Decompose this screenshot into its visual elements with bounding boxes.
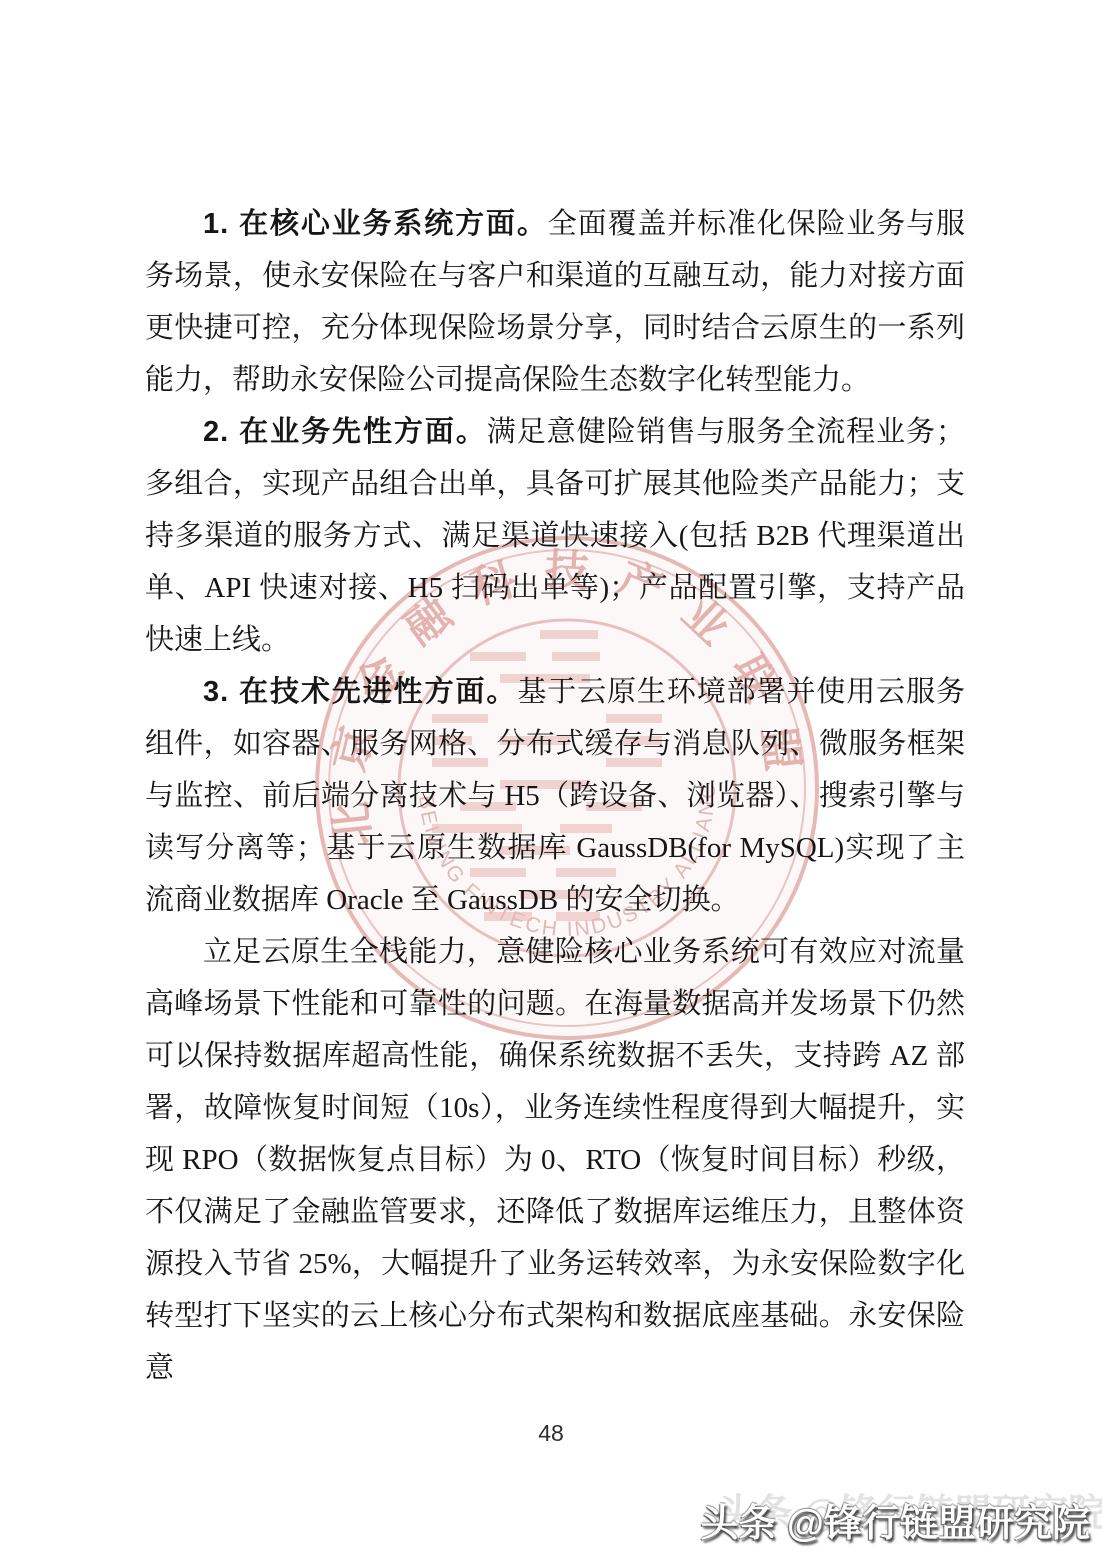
paragraph-lead: 2. 在业务先性方面。 bbox=[203, 416, 487, 448]
paragraph-body: 基于云原生环境部署并使用云服务组件，如容器、服务网格、分布式缓存与消息队列、微服… bbox=[145, 676, 965, 916]
paragraph-body: 满足意健险销售与服务全流程业务；多组合，实现产品组合出单，具备可扩展其他险类产品… bbox=[145, 416, 965, 656]
paragraph-body: 立足云原生全栈能力，意健险核心业务系统可有效应对流量高峰场景下性能和可靠性的问题… bbox=[145, 936, 965, 1384]
toutiao-watermark-text: 头条 @锋行链盟研究院 bbox=[700, 1503, 1090, 1545]
paragraph-cloud-native-summary: 立足云原生全栈能力，意健险核心业务系统可有效应对流量高峰场景下性能和可靠性的问题… bbox=[145, 926, 965, 1394]
paragraph-tech-advancement: 3. 在技术先进性方面。基于云原生环境部署并使用云服务组件，如容器、服务网格、分… bbox=[145, 666, 965, 926]
paragraph-lead: 3. 在技术先进性方面。 bbox=[203, 676, 517, 708]
page-number: 48 bbox=[0, 1420, 1102, 1447]
document-page: 北京金融科技产业联盟 BEIJING FINTECH INDUSTRY ALLI… bbox=[0, 0, 1102, 1559]
body-text: 1. 在核心业务系统方面。全面覆盖并标准化保险业务与服务场景，使永安保险在与客户… bbox=[145, 198, 965, 1394]
toutiao-watermark: 头条 @锋行链盟研究院 头条 @锋行链盟研究院 bbox=[700, 1492, 1090, 1547]
paragraph-core-business: 1. 在核心业务系统方面。全面覆盖并标准化保险业务与服务场景，使永安保险在与客户… bbox=[145, 198, 965, 406]
paragraph-lead: 1. 在核心业务系统方面。 bbox=[203, 208, 548, 240]
paragraph-business-priority: 2. 在业务先性方面。满足意健险销售与服务全流程业务；多组合，实现产品组合出单，… bbox=[145, 406, 965, 666]
